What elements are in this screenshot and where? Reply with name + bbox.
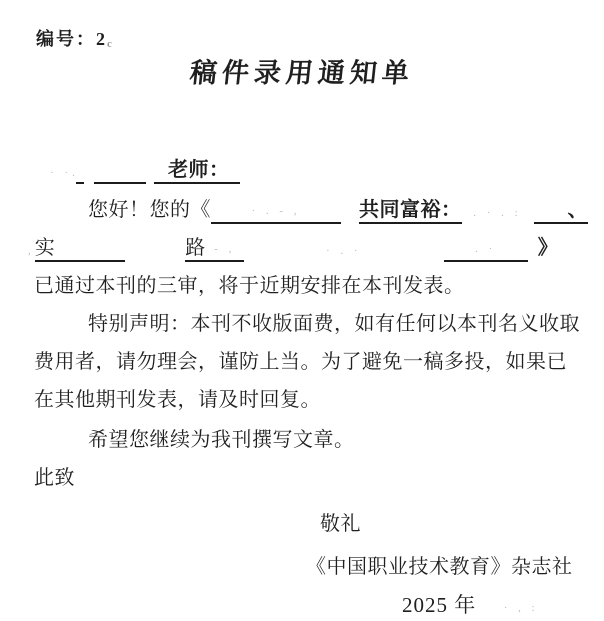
- greeting-prefix: 您好！您的《: [88, 199, 211, 221]
- doc-number-erased-mark: c: [107, 38, 112, 50]
- title-continuation-line: ,实路- ,· . ·. ·》: [28, 235, 558, 262]
- page-title: 稿件录用通知单: [189, 60, 416, 86]
- date-year: 2025 年: [402, 593, 476, 617]
- salutation-line: · ·.老师：: [50, 157, 240, 184]
- article-title-fragment-3: 路: [185, 237, 206, 262]
- erased-marks: . · . :: [462, 202, 534, 224]
- blank-underline: [94, 160, 146, 184]
- doc-number-label: 编号：2: [36, 29, 107, 49]
- blank-gap: [341, 202, 359, 224]
- signature-publisher: 《中国职业技术教育》杂志社: [306, 554, 573, 580]
- title-row: 稿件录用通知单: [0, 60, 604, 89]
- blank-gap: [125, 240, 185, 262]
- erased-title-blank: [55, 238, 125, 262]
- blank-gap: [528, 240, 538, 262]
- erased-name-smudge: · ·.: [50, 162, 76, 184]
- article-title-fragment-1: 共同富裕：: [359, 199, 462, 224]
- accept-line: 已通过本刊的三审，将于近期安排在本刊发表。: [34, 273, 465, 299]
- erased-title-blank: - ,: [206, 238, 244, 262]
- list-separator: 、: [568, 199, 589, 224]
- blank-gap: [146, 162, 154, 184]
- erased-title-blank: [534, 200, 568, 224]
- greeting-line: 您好！您的《· . - ,共同富裕：. · . :、: [88, 197, 588, 224]
- erased-title-blank: · . - ,: [211, 200, 341, 224]
- doc-number: 编号：2c: [36, 26, 112, 57]
- closing-bracket: 》: [538, 237, 559, 259]
- closing-cizhi: 此致: [34, 465, 75, 491]
- date-erased-marks: · , :: [476, 597, 566, 619]
- erased-gap: · . ·: [244, 240, 444, 262]
- blank-underline: [230, 160, 240, 184]
- erased-lead-mark: ,: [28, 245, 35, 257]
- article-title-fragment-2: 实: [35, 237, 56, 262]
- notice-line-3: 在其他期刊发表，请及时回复。: [34, 387, 321, 413]
- signature-date: 2025 年· , :: [402, 592, 566, 619]
- closing-jingli: 敬礼: [320, 511, 361, 537]
- honorific-label: 老师：: [168, 159, 230, 184]
- blank-gap: [84, 162, 94, 184]
- notice-line-1: 特别声明：本刊不收版面费，如有任何以本刊名义收取: [88, 311, 580, 337]
- hope-line: 希望您继续为我刊撰写文章。: [88, 427, 355, 453]
- blank-underline: [76, 160, 84, 184]
- document-page: 编号：2c 稿件录用通知单 · ·.老师： 您好！您的《· . - ,共同富裕：…: [0, 0, 604, 621]
- erased-title-blank: . ·: [444, 238, 528, 262]
- notice-line-2: 费用者，请勿理会，谨防上当。为了避免一稿多投，如果已: [34, 349, 567, 375]
- blank-underline: [154, 160, 168, 184]
